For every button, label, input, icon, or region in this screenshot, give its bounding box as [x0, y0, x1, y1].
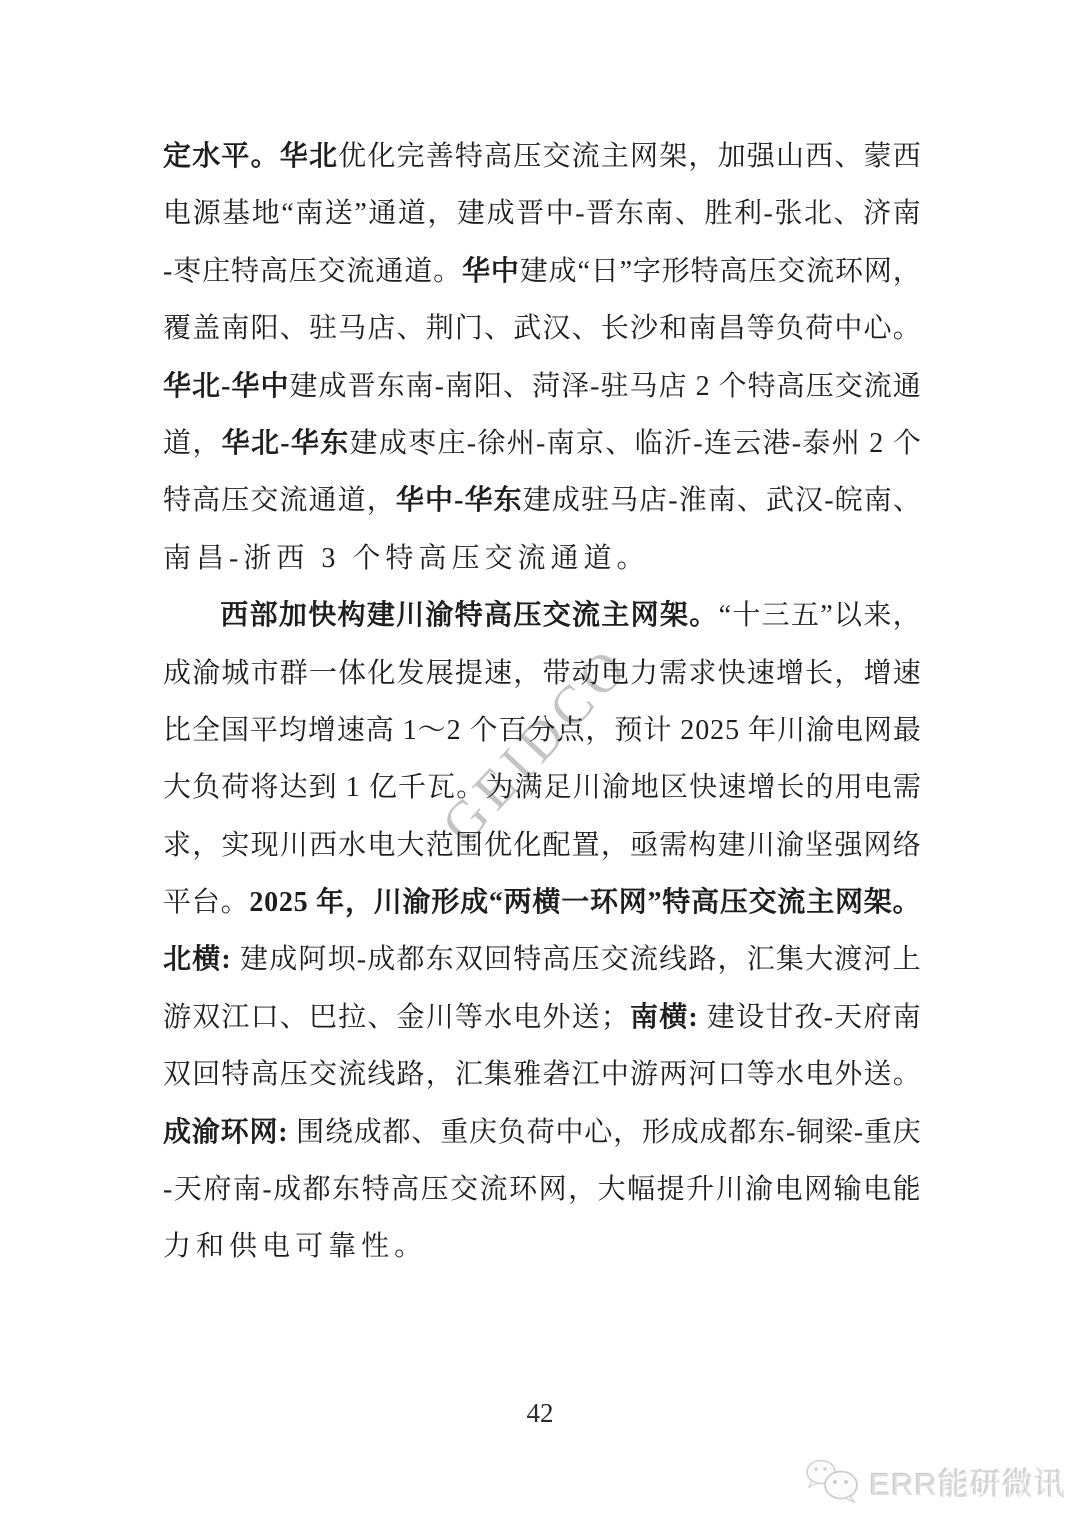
text-char: 华	[465, 472, 493, 529]
text-line: 游双江口、巴拉、金川等水电外送；南横: 建设甘孜-天府南	[163, 989, 921, 1046]
text-char: 连	[704, 415, 732, 472]
text-char: 分	[527, 702, 555, 759]
text-char: 云	[733, 415, 761, 472]
text-char: 西	[805, 128, 833, 185]
text-char: 全	[192, 702, 220, 759]
text-char: 晋	[516, 185, 544, 242]
text-char: 等	[747, 1046, 775, 1103]
text-char: 电	[805, 1046, 833, 1103]
text-char: 输	[834, 1161, 862, 1218]
text-char: 地	[252, 185, 280, 242]
text-char: 构	[338, 587, 366, 644]
text-char: 水	[192, 128, 220, 185]
text-char: 高	[251, 1046, 279, 1103]
text-char: -	[467, 415, 476, 472]
text-char: 南	[893, 185, 921, 242]
text-char: 昌	[196, 530, 224, 587]
text-line: 北横: 建成阿坝-成都东双回特高压交流线路，汇集大渡河上	[163, 931, 921, 988]
text-char: 升	[686, 1161, 714, 1218]
text-char: 大	[163, 759, 191, 816]
text-char: 、	[280, 300, 308, 357]
text-char: 成	[354, 1104, 382, 1161]
text-char: 东	[757, 1104, 785, 1161]
text-char: 阿	[298, 931, 326, 988]
text-char: 集	[484, 1046, 512, 1103]
text-char: 高	[192, 472, 220, 529]
text-char: ，	[718, 931, 746, 988]
text-char: 南	[445, 358, 473, 415]
text-char: 速	[893, 645, 921, 702]
page-number: 42	[0, 1398, 1080, 1429]
text-char: ～	[418, 702, 446, 759]
text-char: 淮	[679, 472, 707, 529]
text-char: 、	[834, 185, 862, 242]
text-char: 、	[411, 1104, 439, 1161]
text-char: 北	[309, 128, 337, 185]
text-char: 枣	[173, 243, 201, 300]
text-char: 线	[367, 1046, 395, 1103]
text-char: 速	[484, 645, 512, 702]
text-char: ，	[367, 472, 395, 529]
text-char: 能	[893, 1161, 921, 1218]
text-char: 。	[394, 1218, 422, 1275]
text-char: 荷	[527, 1104, 555, 1161]
text-char: 压	[748, 243, 776, 300]
text-char: 流	[806, 243, 834, 300]
text-char: 交	[318, 243, 346, 300]
text-char: 川	[396, 587, 424, 644]
text-char: 梁	[825, 1104, 853, 1161]
text-char: 横	[532, 874, 560, 931]
text-char: 东	[494, 472, 522, 529]
text-char: 特	[385, 530, 413, 587]
text-char: 华	[396, 472, 424, 529]
text-char: 亿	[369, 759, 397, 816]
text-char: 主	[601, 128, 629, 185]
text-char: 通	[550, 530, 578, 587]
text-char: 。	[893, 874, 921, 931]
text-char: 架	[864, 874, 892, 931]
text-char: 北	[192, 358, 220, 415]
text-char: 上	[893, 931, 921, 988]
text-char: 流	[517, 530, 545, 587]
body-text: 定水平。华北优化完善特高压交流主网架，加强山西、蒙西电源基地“南送”通道，建成晋…	[163, 128, 921, 1276]
text-char: 负	[192, 759, 220, 816]
text-char: 速	[337, 702, 365, 759]
text-char: 门	[455, 300, 483, 357]
text-char: 甘	[765, 989, 793, 1046]
text-char: 0	[264, 874, 278, 931]
text-char: 2	[447, 702, 461, 759]
text-char: 渝	[776, 817, 804, 874]
text-char: 送	[325, 185, 353, 242]
text-char: ，	[192, 817, 220, 874]
text-char: 川	[716, 1161, 744, 1218]
text-char: 汇	[747, 931, 775, 988]
text-char: 外	[542, 989, 570, 1046]
text-char: 特	[163, 472, 191, 529]
text-char: 南	[893, 989, 921, 1046]
text-char: 发	[397, 645, 425, 702]
text-char: 渝	[745, 1161, 773, 1218]
text-char: 压	[572, 931, 600, 988]
text-char: 、	[503, 358, 531, 415]
text-char: 汉	[542, 300, 570, 357]
text-char: 求	[163, 817, 191, 874]
text-char	[462, 702, 469, 759]
text-char: 达	[279, 759, 307, 816]
text-char: 徐	[477, 415, 505, 472]
text-char: 网	[630, 128, 658, 185]
text-char: 南	[221, 300, 249, 357]
text-char: 5	[294, 874, 308, 931]
text-char: 电	[163, 185, 191, 242]
text-char: 架	[660, 587, 688, 644]
text-char: 环	[221, 1104, 249, 1161]
text-char: 南	[688, 300, 716, 357]
text-char: 、	[737, 472, 765, 529]
text-char: 网	[249, 1104, 277, 1161]
text-char: 满	[514, 759, 542, 816]
text-char: 压	[806, 358, 834, 415]
text-char: 个	[719, 358, 747, 415]
text-char: 部	[250, 587, 278, 644]
text-char	[288, 1104, 295, 1161]
text-char: 加	[279, 587, 307, 644]
text-char: 游	[630, 1046, 658, 1103]
text-char: 1	[403, 702, 417, 759]
text-char: 主	[601, 587, 629, 644]
text-char: 特	[748, 358, 776, 415]
text-char: 压	[421, 1161, 449, 1218]
text-char: 体	[338, 645, 366, 702]
text-char: 。	[617, 530, 645, 587]
text-char: 建	[707, 989, 735, 1046]
text-char: 胜	[704, 185, 732, 242]
text-char: 流	[279, 472, 307, 529]
text-char: 环	[509, 1161, 537, 1218]
text-char: 道	[584, 530, 612, 587]
text-char: 高	[418, 530, 446, 587]
text-char: 。	[433, 243, 461, 300]
text-char: 皖	[835, 472, 863, 529]
text-char: 沙	[630, 300, 658, 357]
text-char: 现	[251, 817, 279, 874]
text-char: 河	[688, 1046, 716, 1103]
text-char: 北	[163, 931, 191, 988]
text-char: 川	[777, 702, 805, 759]
text-char: 天	[834, 989, 862, 1046]
text-char: 、	[280, 989, 308, 1046]
text-char: -	[668, 472, 677, 529]
text-char: 形	[662, 243, 690, 300]
text-char: 菏	[532, 358, 560, 415]
text-char: 川	[747, 817, 775, 874]
text-char: 架	[659, 128, 687, 185]
text-line: 定水平。华北优化完善特高压交流主网架，加强山西、蒙西	[163, 128, 921, 185]
text-char: 沂	[664, 415, 692, 472]
text-char: 西	[309, 817, 337, 874]
text-char: 州	[832, 415, 860, 472]
text-char	[672, 702, 679, 759]
text-char: 张	[774, 185, 802, 242]
text-char: 铜	[796, 1104, 824, 1161]
text-char: 荷	[805, 300, 833, 357]
text-char: 网	[864, 817, 892, 874]
text-char: 南	[163, 530, 191, 587]
text-line: 西部加快构建川渝特高压交流主网架。“十三五”以来，	[163, 587, 921, 644]
text-char: 流	[338, 1046, 366, 1103]
text-char: “	[719, 587, 731, 644]
text-char: 济	[863, 185, 891, 242]
text-char: 将	[250, 759, 278, 816]
text-char: 南	[295, 185, 323, 242]
text-char: 城	[221, 645, 249, 702]
text-char: 南	[645, 185, 673, 242]
text-char: 华	[231, 358, 259, 415]
text-char: 。	[689, 587, 717, 644]
text-char: 电	[775, 1161, 803, 1218]
text-char: 阳	[474, 358, 502, 415]
text-char: 港	[762, 415, 790, 472]
text-line: 双回特高压交流线路，汇集雅砻江中游两河口等水电外送。	[163, 1046, 921, 1103]
text-char: 成	[487, 185, 515, 242]
text-char: 。	[456, 759, 484, 816]
text-char: 快	[718, 645, 746, 702]
text-char: 特	[231, 243, 259, 300]
text-char: 交	[542, 128, 570, 185]
text-char: 东	[426, 931, 454, 988]
text-char: ，	[426, 1046, 454, 1103]
text-char: 华	[280, 128, 308, 185]
text-char: 口	[251, 989, 279, 1046]
text-char: 都	[383, 1104, 411, 1161]
text-char: 网	[619, 874, 647, 931]
text-char: 大	[598, 1161, 626, 1218]
text-char: 驻	[309, 300, 337, 357]
text-char: 基	[222, 185, 250, 242]
text-line: 覆盖南阳、驻马店、荆门、武汉、长沙和南昌等负荷中心。	[163, 300, 921, 357]
text-char: 、	[675, 185, 703, 242]
text-char: 2	[710, 702, 724, 759]
text-char: 特	[362, 1161, 390, 1218]
text-char: 雅	[513, 1046, 541, 1103]
text-char: 力	[163, 1218, 191, 1275]
text-char: 交	[450, 1161, 478, 1218]
text-char: 重	[440, 1104, 468, 1161]
text-char: -	[536, 415, 545, 472]
text-line: -天府南-成都东特高压交流环网，大幅提升川渝电网输电能	[163, 1161, 921, 1218]
text-char: 字	[633, 243, 661, 300]
text-char: 压	[221, 472, 249, 529]
text-char: 驻	[581, 472, 609, 529]
text-char: 特	[455, 587, 483, 644]
text-char: 三	[762, 587, 790, 644]
text-char: 高	[777, 358, 805, 415]
text-char: ，	[893, 243, 921, 300]
text-char: 交	[309, 1046, 337, 1103]
text-char: 网	[804, 1161, 832, 1218]
text-line: 道，华北-华东建成枣庄-徐州-南京、临沂-连云港-泰州 2 个	[163, 415, 921, 472]
text-char: 店	[367, 300, 395, 357]
text-char: 南	[864, 472, 892, 529]
text-char: 强	[834, 817, 862, 874]
text-char: 特	[662, 874, 690, 931]
text-char: 足	[544, 759, 572, 816]
text-char: -	[357, 931, 366, 988]
text-char: “	[489, 874, 503, 931]
text-char: 中	[834, 300, 862, 357]
text-char: 化	[513, 817, 541, 874]
text-char: 汇	[455, 1046, 483, 1103]
text-char: 地	[631, 759, 659, 816]
text-char: 道	[398, 185, 426, 242]
text-char: -	[454, 472, 463, 529]
text-char: 晋	[586, 185, 614, 242]
text-char: 。	[251, 128, 279, 185]
text-char: 线	[659, 931, 687, 988]
text-char: 个	[893, 415, 921, 472]
text-line: 力和供电可靠性。	[163, 1218, 921, 1275]
text-char: 蒙	[864, 128, 892, 185]
text-char: ，	[568, 1161, 596, 1218]
text-char: 高	[542, 931, 570, 988]
text-char: 交	[601, 931, 629, 988]
text-char: 渝	[602, 759, 630, 816]
text-char: 中	[425, 472, 453, 529]
text-char: 需	[893, 759, 921, 816]
text-char: 横	[192, 931, 220, 988]
text-char: 金	[397, 989, 425, 1046]
text-char: 交	[250, 472, 278, 529]
text-char	[885, 415, 892, 472]
text-char: 东	[616, 185, 644, 242]
text-char: 成	[460, 874, 488, 931]
text-char: ，	[192, 415, 220, 472]
text-char: 驻	[600, 358, 628, 415]
text-char: ，	[513, 645, 541, 702]
text-char: 天	[174, 1161, 202, 1218]
text-char: 中	[260, 358, 288, 415]
text-char: 华	[222, 415, 250, 472]
text-char: 北	[251, 415, 279, 472]
text-char: 建	[240, 931, 268, 988]
text-char: 配	[542, 817, 570, 874]
text-char: 、	[893, 472, 921, 529]
text-char: 南	[233, 1161, 261, 1218]
text-char: 流	[777, 874, 805, 931]
text-char: 压	[513, 128, 541, 185]
text-char: 建	[523, 472, 551, 529]
text-char: 平	[163, 874, 191, 931]
text-char: 荆	[426, 300, 454, 357]
text-char: 设	[736, 989, 764, 1046]
text-char: 等	[747, 300, 775, 357]
text-char: 2	[249, 874, 263, 931]
text-char: 东	[320, 415, 348, 472]
text-char: 带	[542, 645, 570, 702]
text-char: 建	[350, 415, 378, 472]
text-char: 昌	[718, 300, 746, 357]
text-char: ”	[820, 587, 832, 644]
text-char: 长	[805, 645, 833, 702]
text-char: 华	[163, 358, 191, 415]
text-char: 平	[250, 702, 278, 759]
text-char: ；	[601, 989, 629, 1046]
text-char: -	[575, 185, 584, 242]
text-char: 亟	[630, 817, 658, 874]
text-char: 都	[303, 1161, 331, 1218]
text-char: ，	[585, 702, 613, 759]
text-char: 五	[791, 587, 819, 644]
text-char: 水	[338, 817, 366, 874]
text-char: 渝	[403, 874, 431, 931]
text-char: 道	[404, 243, 432, 300]
text-char: 成	[163, 1104, 191, 1161]
text-char: 成	[379, 415, 407, 472]
text-char: 坝	[328, 931, 356, 988]
text-char: 巴	[309, 989, 337, 1046]
text-char: 电	[864, 759, 892, 816]
text-char: 北	[804, 185, 832, 242]
text-char: 川	[280, 817, 308, 874]
text-char: 网	[864, 243, 892, 300]
text-char: 善	[426, 128, 454, 185]
text-char: 高	[484, 128, 512, 185]
text-char: 网	[631, 587, 659, 644]
text-char: -	[435, 358, 444, 415]
text-char: 流	[630, 931, 658, 988]
text-char: -	[824, 989, 833, 1046]
text-char: 增	[776, 645, 804, 702]
text-char: 优	[484, 817, 512, 874]
text-line: 成渝环网: 围绕成都、重庆负荷中心，形成成都东-铜梁-重庆	[163, 1104, 921, 1161]
text-char: 流	[480, 1161, 508, 1218]
text-char	[309, 530, 316, 587]
text-char: 2	[279, 874, 293, 931]
text-char: 横	[659, 989, 687, 1046]
text-char: 可	[295, 1218, 323, 1275]
text-char: 1	[346, 759, 360, 816]
text-char: “	[281, 185, 293, 242]
text-char: 都	[396, 931, 424, 988]
text-char: 。	[221, 874, 249, 931]
text-char	[740, 702, 747, 759]
text-char: 送	[864, 1046, 892, 1103]
text-char: 荷	[221, 759, 249, 816]
text-char: 通	[893, 358, 921, 415]
text-char: 山	[776, 128, 804, 185]
text-char: 、	[834, 128, 862, 185]
text-char: 庄	[202, 243, 230, 300]
text-char: 交	[835, 358, 863, 415]
text-char: 等	[455, 989, 483, 1046]
text-char: 心	[584, 1104, 612, 1161]
text-char: 以	[834, 587, 862, 644]
text-char	[861, 415, 868, 472]
text-char: 最	[893, 702, 921, 759]
text-char	[232, 931, 239, 988]
text-char: 市	[251, 645, 279, 702]
text-char: 阳	[251, 300, 279, 357]
text-char: 交	[749, 874, 777, 931]
text-char: 构	[688, 817, 716, 874]
text-char: 流	[346, 243, 374, 300]
text-char: -	[590, 358, 599, 415]
text-char: 水	[484, 989, 512, 1046]
text-char: 负	[498, 1104, 526, 1161]
text-char: -	[163, 1161, 172, 1218]
